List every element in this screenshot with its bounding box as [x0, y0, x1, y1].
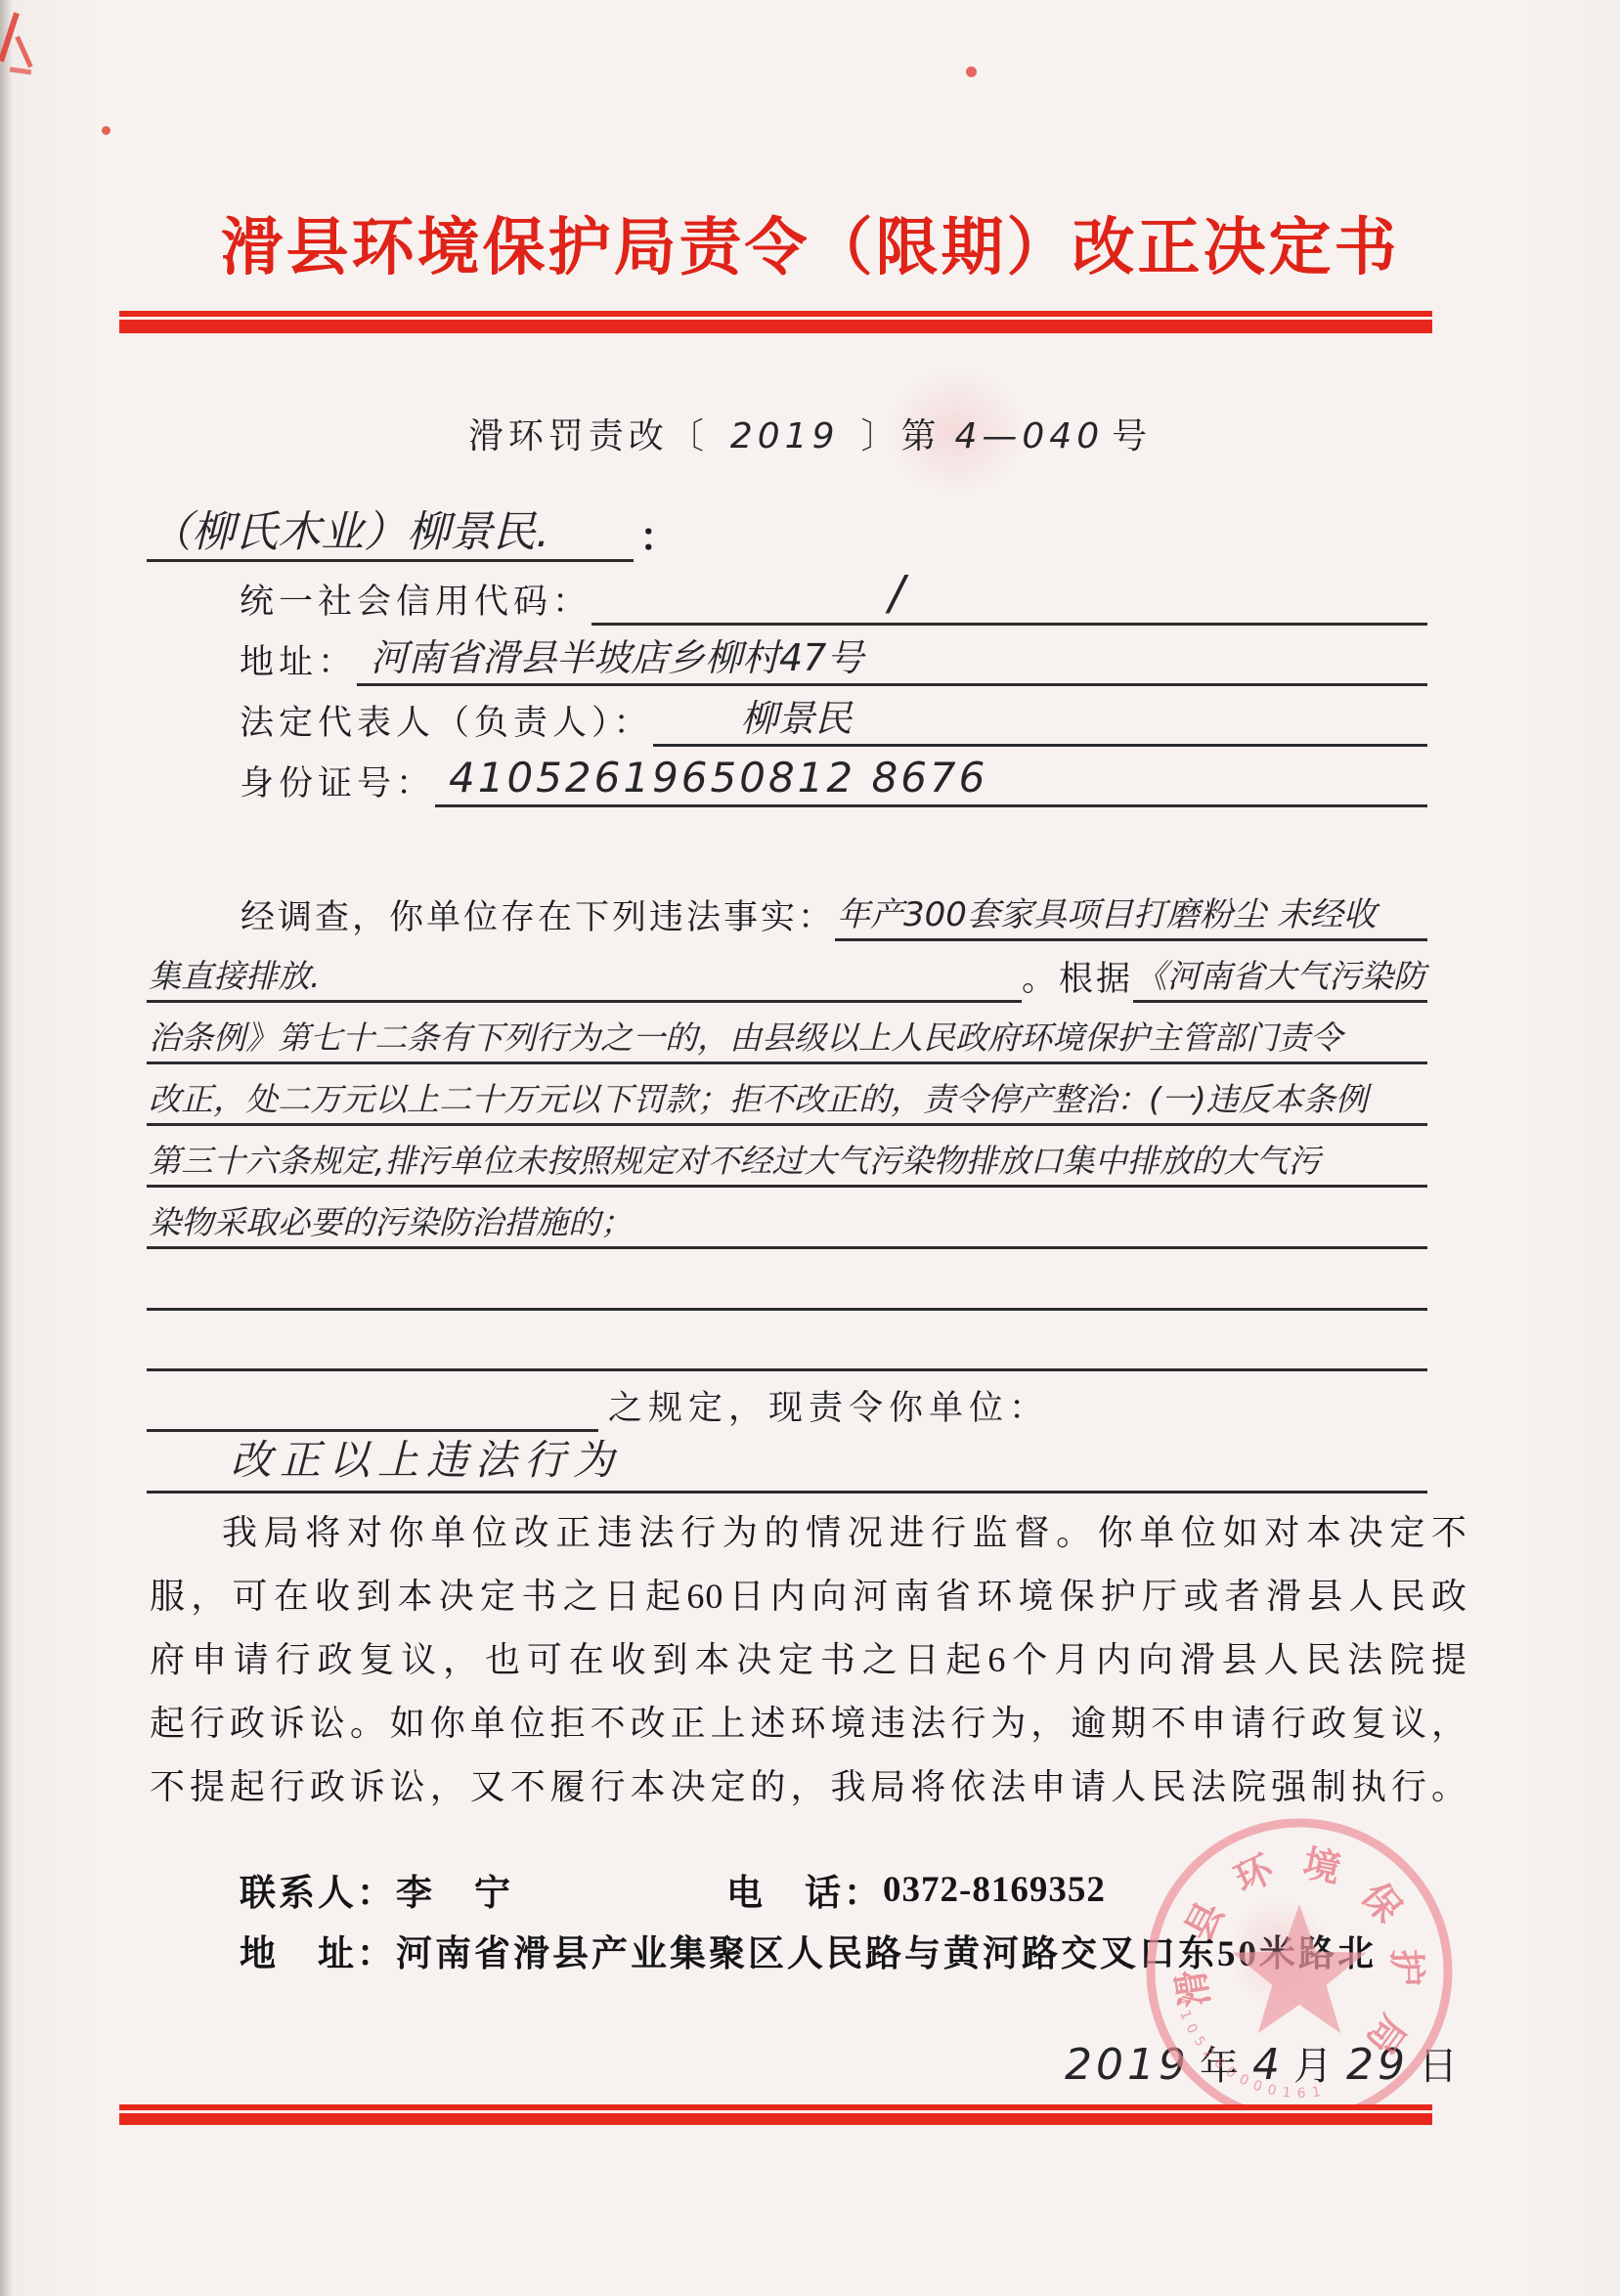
- body-line: 起行政诉讼。如你单位拒不改正上述环境违法行为，逾期不申请行政复议，: [150, 1692, 1467, 1755]
- document-title: 滑县环境保护局责令（限期）改正决定书: [0, 197, 1620, 287]
- corner-ink-mark: [10, 66, 31, 74]
- svg-text:0: 0: [1223, 2064, 1239, 2082]
- basis-handwritten: 染物采取必要的污染防治措施的；: [147, 1197, 635, 1249]
- red-ink-dot: [966, 66, 977, 77]
- basis-lead: 。根据: [1022, 952, 1133, 1003]
- official-seal: 滑县环境保护局 4105260000161: [1136, 1808, 1463, 2135]
- basis-line-4: 染物采取必要的污染防治措施的；: [147, 1188, 1427, 1249]
- svg-text:1: 1: [1311, 2084, 1322, 2101]
- facts-handwritten: 年产300套家具项目打磨粉尘 未经收: [835, 888, 1427, 941]
- field-underline: 41052619650812 8676: [435, 754, 1427, 807]
- field-underline: 柳景民: [653, 688, 1427, 747]
- recipient-colon: ：: [634, 506, 679, 562]
- recipient-name-handwritten: （柳氏木业）柳景民.: [147, 497, 634, 562]
- field-value-handwritten: /: [889, 566, 904, 621]
- basis-closing: 之规定，现责令你单位：: [598, 1381, 1049, 1432]
- svg-text:5: 5: [1190, 2033, 1207, 2049]
- svg-text:境: 境: [1299, 1843, 1344, 1891]
- svg-text:保: 保: [1353, 1876, 1409, 1930]
- basis-handwritten: 第三十六条规定,排污单位未按照规定对不经过大气污染物排放口集中排放的大气污: [147, 1136, 1427, 1188]
- blank-line-2: [147, 1310, 1427, 1371]
- corner-ink-mark: [15, 35, 32, 67]
- closing-line: 之规定，现责令你单位：: [147, 1370, 1427, 1432]
- svg-text:0: 0: [1182, 2021, 1200, 2036]
- scan-edge-shadow: [0, 0, 13, 2296]
- seal-star: [1233, 1904, 1367, 2033]
- basis-handwritten: 改正，处二万元以上二十万元以下罚款；拒不改正的，责令停产整治：(一)违反本条例: [147, 1074, 1427, 1126]
- contact-addr-label: 地 址：: [240, 1924, 396, 1976]
- svg-text:0: 0: [1250, 2077, 1264, 2095]
- decision-body: 我局将对你单位改正违法行为的情况进行监督。你单位如对本决定不 服，可在收到本决定…: [150, 1501, 1467, 1819]
- basis-line-1: 治条例》第七十二条有下列行为之一的，由县级以上人民政府环境保护主管部门责令: [147, 1003, 1427, 1064]
- svg-text:环: 环: [1229, 1848, 1281, 1902]
- svg-text:局: 局: [1358, 2007, 1413, 2060]
- document-number: 滑环罚责改〔2019〕第4—040号: [0, 409, 1620, 458]
- facts-line-1: 经调查，你单位存在下列违法事实： 年产300套家具项目打磨粉尘 未经收: [147, 880, 1427, 941]
- contact-phone-label: 电 话：: [726, 1863, 883, 1916]
- facts-line-2: 集直接排放. 。根据 《河南省大气污染防: [147, 941, 1427, 1003]
- order-handwritten: 改正以上违法行为: [147, 1428, 1427, 1494]
- basis-line-2: 改正，处二万元以上二十万元以下罚款；拒不改正的，责令停产整治：(一)违反本条例: [147, 1064, 1427, 1126]
- svg-text:6: 6: [1297, 2086, 1306, 2101]
- svg-text:0: 0: [1237, 2071, 1251, 2089]
- order-line: 改正以上违法行为: [147, 1431, 1427, 1494]
- recipient-line: （柳氏木业）柳景民. ：: [147, 502, 1447, 562]
- contact-person: 李 宁: [396, 1863, 513, 1916]
- field-value-handwritten: 柳景民: [741, 697, 853, 740]
- basis-handwritten: 治条例》第七十二条有下列行为之一的，由县级以上人民政府环境保护主管部门责令: [147, 1013, 1427, 1064]
- facts-intro: 经调查，你单位存在下列违法事实：: [147, 890, 835, 941]
- svg-text:2: 2: [1200, 2045, 1217, 2061]
- field-address: 地址： 河南省滑县半坡店乡柳村47号: [240, 626, 1427, 686]
- facts-handwritten: 集直接排放.: [147, 951, 323, 1003]
- svg-text:1: 1: [1282, 2085, 1292, 2101]
- field-id-number: 身份证号： 41052619650812 8676: [240, 747, 1427, 807]
- docno-year-handwritten: 2019: [730, 416, 840, 456]
- docno-suffix: 号: [1112, 416, 1152, 455]
- contact-person-label: 联系人：: [240, 1863, 396, 1916]
- docno-middle: 〕第: [860, 416, 941, 455]
- header-rule: [119, 311, 1432, 333]
- field-label: 统一社会信用代码：: [240, 575, 591, 626]
- seal-code-arc: 4105260000161: [1172, 1995, 1322, 2101]
- blank-line-1: [147, 1249, 1427, 1311]
- svg-text:6: 6: [1210, 2055, 1227, 2072]
- field-legal-representative: 法定代表人（负责人）： 柳景民: [240, 686, 1427, 747]
- body-line: 服，可在收到本决定书之日起60日内向河南省环境保护厅或者滑县人民政: [150, 1565, 1467, 1628]
- contact-phone: 0372-8169352: [883, 1869, 1106, 1911]
- svg-text:县: 县: [1178, 1895, 1232, 1947]
- field-credit-code: 统一社会信用代码： /: [240, 565, 1427, 626]
- docno-prefix: 滑环罚责改〔: [468, 416, 709, 455]
- body-line: 我局将对你单位改正违法行为的情况进行监督。你单位如对本决定不: [150, 1501, 1467, 1565]
- field-value-handwritten: 41052619650812 8676: [449, 754, 987, 801]
- footer-rule: [119, 2104, 1432, 2125]
- svg-text:0: 0: [1266, 2082, 1278, 2100]
- field-underline: /: [591, 566, 1427, 626]
- body-line: 府申请行政复议，也可在收到本决定书之日起6个月内向滑县人民法院提: [150, 1628, 1467, 1692]
- scanned-document-page: 滑县环境保护局责令（限期）改正决定书 滑环罚责改〔2019〕第4—040号 （柳…: [0, 0, 1620, 2296]
- svg-text:护: 护: [1384, 1948, 1426, 1986]
- field-label: 地址：: [240, 635, 357, 686]
- field-label: 法定代表人（负责人）：: [240, 696, 653, 747]
- svg-text:1: 1: [1176, 2009, 1194, 2022]
- basis-handwritten: 《河南省大气污染防: [1133, 951, 1427, 1003]
- docno-serial-handwritten: 4—040: [955, 416, 1105, 456]
- field-label: 身份证号：: [240, 757, 435, 807]
- field-underline: 河南省滑县半坡店乡柳村47号: [357, 628, 1427, 686]
- basis-line-3: 第三十六条规定,排污单位未按照规定对不经过大气污染物排放口集中排放的大气污: [147, 1126, 1427, 1188]
- field-value-handwritten: 河南省滑县半坡店乡柳村47号: [371, 636, 863, 679]
- red-ink-dot: [102, 126, 110, 135]
